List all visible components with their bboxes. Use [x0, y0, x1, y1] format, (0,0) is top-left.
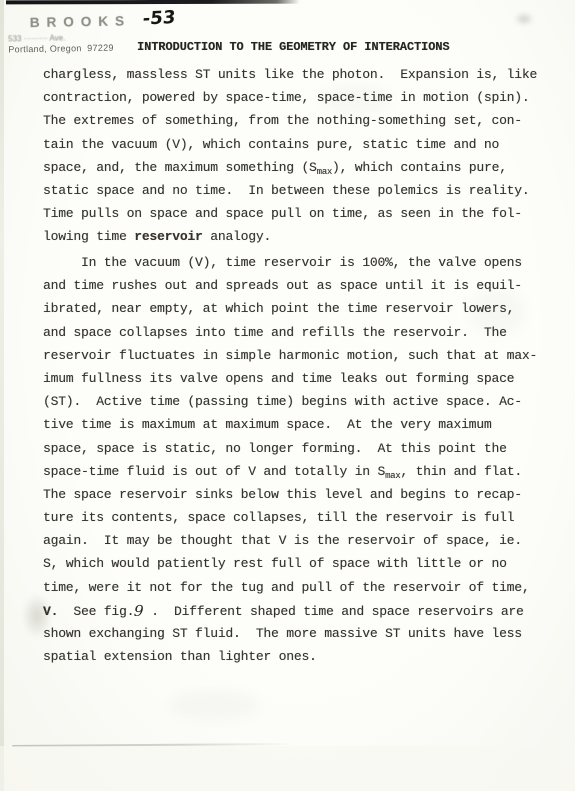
text-line: spatial extension than lighter ones. — [43, 645, 537, 668]
stamp-name: BROOKS — [30, 13, 132, 30]
text-segment: tain the vacuum (V), which contains pure… — [43, 137, 499, 152]
stamp-name-row: BROOKS -53 — [30, 8, 176, 33]
paper-blotch — [170, 690, 260, 720]
text-segment: shown exchanging ST fluid. The more mass… — [43, 626, 522, 641]
text-line: The extremes of something, from the noth… — [43, 109, 537, 132]
text-line: static space and no time. In between the… — [43, 179, 537, 202]
text-segment: The space reservoir sinks below this lev… — [43, 487, 522, 502]
text-line: space-time fluid is out of V and totally… — [43, 460, 537, 483]
paper-bottom-region — [0, 746, 575, 791]
paragraph: In the vacuum (V), time reservoir is 100… — [43, 251, 537, 668]
emphasized-text: V. — [43, 604, 58, 619]
text-segment: analogy. — [203, 229, 271, 244]
text-segment: In the vacuum (V), time reservoir is 100… — [43, 255, 522, 270]
text-line: S, which would patiently rest full of sp… — [43, 552, 537, 575]
text-line: time, were it not for the tug and pull o… — [43, 576, 537, 599]
text-segment: static space and no time. In between the… — [43, 183, 529, 198]
text-line: The space reservoir sinks below this lev… — [43, 483, 537, 506]
text-segment: . Different shaped time and space reserv… — [144, 604, 524, 619]
subscript-text: max — [317, 167, 332, 177]
text-segment: imum fullness its valve opens and time l… — [43, 371, 514, 386]
text-line: shown exchanging ST fluid. The more mass… — [43, 622, 537, 645]
text-line: tive time is maximum at maximum space. A… — [43, 413, 537, 436]
text-line: imum fullness its valve opens and time l… — [43, 367, 537, 390]
text-line: space, and, the maximum something (Smax)… — [43, 156, 537, 179]
emphasized-text: reservoir — [134, 229, 202, 244]
text-line: ture its contents, space collapses, till… — [43, 506, 537, 529]
text-segment: tive time is maximum at maximum space. A… — [43, 417, 491, 432]
text-segment: contraction, powered by space-time, spac… — [43, 90, 529, 105]
text-segment: and space collapses into time and refill… — [43, 325, 507, 340]
text-segment: reservoir fluctuates in simple harmonic … — [43, 348, 537, 363]
text-segment: See fig. — [58, 604, 134, 619]
page-title: INTRODUCTION TO THE GEOMETRY OF INTERACT… — [137, 40, 449, 54]
text-segment: again. It may be thought that V is the r… — [43, 533, 522, 548]
text-segment: (ST). Active time (passing time) begins … — [43, 394, 522, 409]
text-line: and space collapses into time and refill… — [43, 321, 537, 344]
text-line: space, space is static, no longer formin… — [43, 437, 537, 460]
text-segment: lowing time — [43, 229, 134, 244]
text-segment: chargless, massless ST units like the ph… — [43, 67, 537, 82]
text-segment: , thin and flat. — [400, 464, 522, 479]
text-segment: ture its contents, space collapses, till… — [43, 510, 514, 525]
paragraph: chargless, massless ST units like the ph… — [43, 63, 537, 249]
text-line: (ST). Active time (passing time) begins … — [43, 390, 537, 413]
document-page: BROOKS -53 533 ········· Ave. Portland, … — [0, 0, 575, 791]
text-line: V. See fig.9 . Different shaped time and… — [43, 599, 537, 622]
text-segment: spatial extension than lighter ones. — [43, 649, 317, 664]
smudge-mark — [514, 12, 534, 26]
text-line: chargless, massless ST units like the ph… — [43, 63, 537, 86]
text-line: Time pulls on space and space pull on ti… — [43, 202, 537, 225]
scan-edge-artifact-left — [0, 0, 4, 791]
text-segment: ibrated, near empty, at which point the … — [43, 301, 514, 316]
text-segment: space, and, the maximum something (S — [43, 160, 317, 175]
text-segment: and time rushes out and spreads out as s… — [43, 278, 522, 293]
text-segment: ), which contains pure, — [332, 160, 507, 175]
scan-edge-artifact-top — [6, 0, 300, 4]
text-segment: Time pulls on space and space pull on ti… — [43, 206, 522, 221]
text-segment: time, were it not for the tug and pull o… — [43, 580, 529, 595]
text-segment: The extremes of something, from the noth… — [43, 113, 522, 128]
text-line: ibrated, near empty, at which point the … — [43, 297, 537, 320]
text-segment: space-time fluid is out of V and totally… — [43, 464, 385, 479]
subscript-text: max — [385, 471, 400, 481]
text-line: and time rushes out and spreads out as s… — [43, 274, 537, 297]
handwritten-number: -53 — [142, 7, 176, 30]
text-line: again. It may be thought that V is the r… — [43, 529, 537, 552]
text-line: reservoir fluctuates in simple harmonic … — [43, 344, 537, 367]
text-line: In the vacuum (V), time reservoir is 100… — [43, 251, 537, 274]
text-segment: space, space is static, no longer formin… — [43, 441, 507, 456]
text-line: contraction, powered by space-time, spac… — [43, 86, 537, 109]
text-line: lowing time reservoir analogy. — [43, 225, 537, 248]
handwritten-digit: 9 — [133, 600, 144, 624]
text-segment: S, which would patiently rest full of sp… — [43, 556, 507, 571]
text-line: tain the vacuum (V), which contains pure… — [43, 133, 537, 156]
